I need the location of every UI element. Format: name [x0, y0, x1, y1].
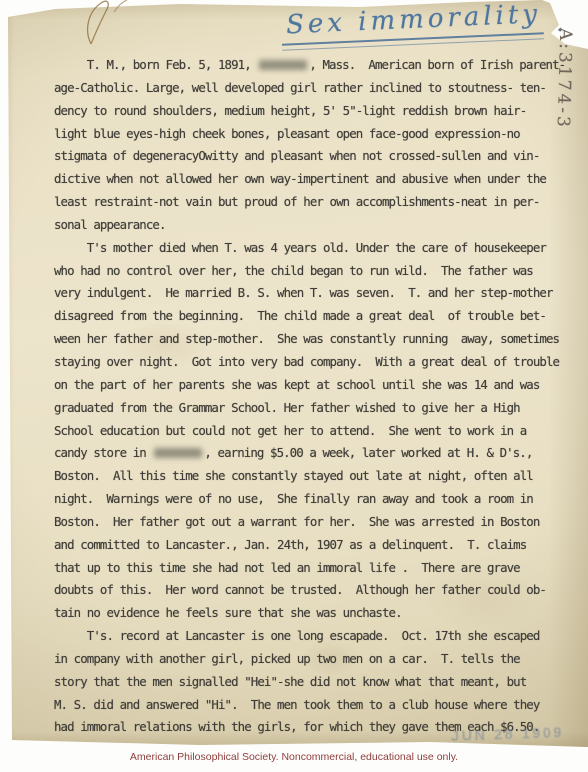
typed-line: School education but could not get her t… — [54, 420, 560, 443]
typed-line: ween her father and step-mother. She was… — [54, 328, 560, 351]
typed-line: age-Catholic. Large, well developed girl… — [54, 77, 560, 100]
typed-line: Boston. Her father got out a warrant for… — [54, 511, 560, 534]
typed-line: that up to this time she had not led an … — [54, 557, 560, 580]
typed-line: story that the men signalled "Hei"-she d… — [54, 671, 560, 694]
typed-line: very indulgent. He married B. S. when T.… — [54, 282, 560, 305]
typed-line: Boston. All this time she constantly sta… — [54, 465, 560, 488]
redacted-text — [259, 60, 307, 70]
typed-line: on the part of her parents she was kept … — [54, 374, 560, 397]
typed-line: light blue eyes-high cheek bones, pleasa… — [54, 123, 560, 146]
typed-line: tain no evidence he feels sure that she … — [54, 602, 560, 625]
typed-line: night. Warnings were of no use, She fina… — [54, 488, 560, 511]
typed-line: M. S. did and answered "Hi". The men too… — [54, 694, 560, 717]
typed-line: doubts of this. Her word cannot be trust… — [54, 579, 560, 602]
typed-line: and committed to Lancaster., Jan. 24th, … — [54, 534, 560, 557]
pen-doodle-icon — [84, 0, 136, 46]
typed-line: candy store in , earning $5.00 a week, l… — [54, 442, 560, 465]
typed-line: least restraint-not vain but proud of he… — [54, 191, 560, 214]
typed-case-record: T. M., born Feb. 5, 1891, , Mass. Americ… — [54, 54, 560, 739]
typed-line: dency to round shoulders, medium height,… — [54, 100, 560, 123]
footer-caption: American Philosophical Society. Noncomme… — [0, 751, 588, 772]
typed-line: disagreed from the beginning. The child … — [54, 305, 560, 328]
typed-line: T's. record at Lancaster is one long esc… — [54, 625, 560, 648]
redacted-text — [154, 448, 202, 458]
typed-line: stigmata of degeneracyOwitty and pleasan… — [54, 145, 560, 168]
typed-line: who had no control over her, the child b… — [54, 260, 560, 283]
typed-line: graduated from the Grammar School. Her f… — [54, 397, 560, 420]
typed-line: T's mother died when T. was 4 years old.… — [54, 237, 560, 260]
typed-line: dictive when not allowed her own way-imp… — [54, 168, 560, 191]
typed-line: sonal appearance. — [54, 214, 560, 237]
typed-line: staying over night. Got into very bad co… — [54, 351, 560, 374]
typed-line: T. M., born Feb. 5, 1891, , Mass. Americ… — [54, 54, 560, 77]
typed-line: in company with another girl, picked up … — [54, 648, 560, 671]
